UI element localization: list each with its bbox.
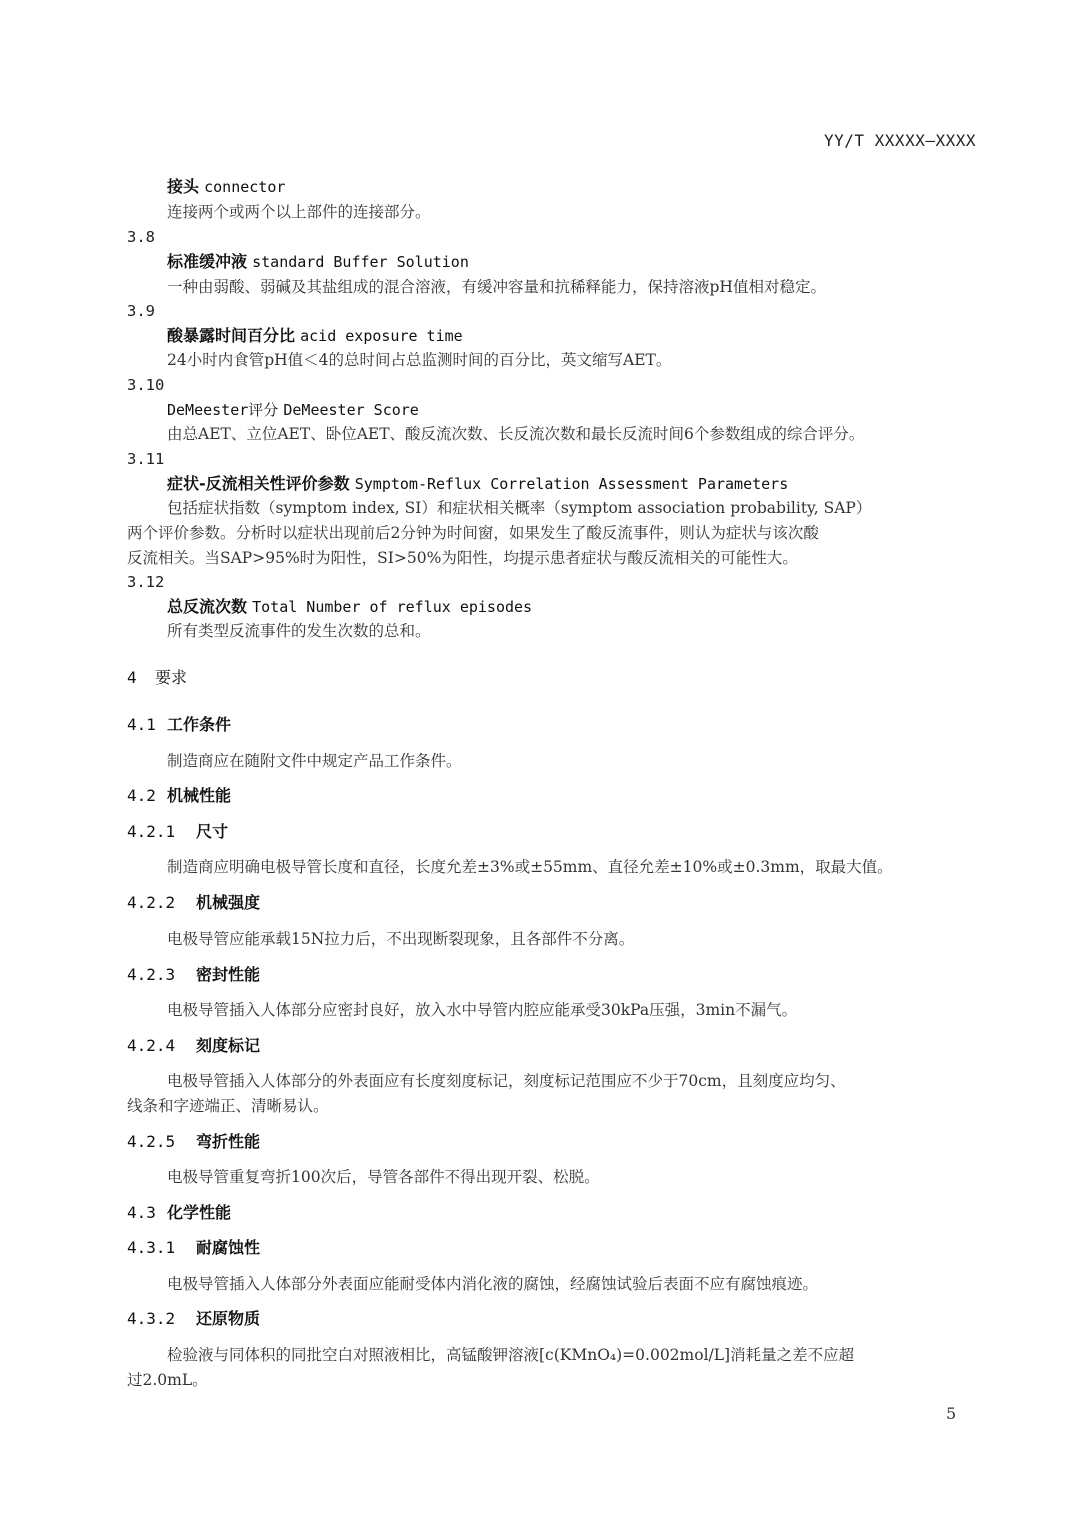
term-title: 接头 connector [167, 177, 285, 197]
term-title: 标准缓冲液 standard Buffer Solution [167, 252, 469, 272]
section-body: 过2.0mL。 [127, 1370, 208, 1390]
term-title: DeMeester评分 DeMeester Score [167, 400, 419, 420]
term-definition: 由总AET、立位AET、卧位AET、酸反流次数、长反流次数和最长反流时间6个参数… [167, 424, 864, 444]
term-definition: 两个评价参数。分析时以症状出现前后2分钟为时间窗，如果发生了酸反流事件，则认为症… [127, 523, 819, 543]
standard-code-header: YY/T XXXXX—XXXX [824, 131, 976, 150]
section-heading: 4.3化学性能 [127, 1203, 231, 1223]
term-definition: 24小时内食管pH值＜4的总时间占总监测时间的百分比，英文缩写AET。 [167, 350, 671, 370]
term-title: 酸暴露时间百分比 acid exposure time [167, 326, 463, 346]
chapter-heading: 4要求 [127, 668, 187, 688]
section-body: 制造商应明确电极导管长度和直径，长度允差±3%或±55mm、直径允差±10%或±… [167, 857, 893, 877]
term-definition: 包括症状指数（symptom index, SI）和症状相关概率（symptom… [167, 498, 871, 518]
subsection-heading: 4.2.2机械强度 [127, 893, 260, 913]
subsection-heading: 4.2.3密封性能 [127, 965, 260, 985]
term-number: 3.12 [127, 572, 164, 592]
section-body: 电极导管插入人体部分的外表面应有长度刻度标记，刻度标记范围应不少于70cm，且刻… [167, 1071, 846, 1091]
term-definition: 所有类型反流事件的发生次数的总和。 [167, 621, 431, 641]
section-heading: 4.1工作条件 [127, 715, 231, 735]
term-number: 3.11 [127, 449, 164, 469]
section-body: 电极导管应能承载15N拉力后，不出现断裂现象，且各部件不分离。 [167, 929, 634, 949]
section-body: 电极导管插入人体部分应密封良好，放入水中导管内腔应能承受30kPa压强，3min… [167, 1000, 797, 1020]
subsection-heading: 4.3.1耐腐蚀性 [127, 1238, 260, 1258]
section-body: 制造商应在随附文件中规定产品工作条件。 [167, 751, 462, 771]
subsection-heading: 4.2.1尺寸 [127, 822, 228, 842]
section-body: 线条和字迹端正、清晰易认。 [127, 1096, 329, 1116]
section-body: 检验液与同体积的同批空白对照液相比，高锰酸钾溶液[c(KMnO₄)=0.002m… [167, 1345, 854, 1365]
term-number: 3.9 [127, 301, 155, 321]
term-title: 总反流次数 Total Number of reflux episodes [167, 597, 532, 617]
subsection-heading: 4.2.4刻度标记 [127, 1036, 260, 1056]
section-heading: 4.2机械性能 [127, 786, 231, 806]
term-definition: 反流相关。当SAP>95%时为阳性，SI>50%为阳性，均提示患者症状与酸反流相… [127, 548, 798, 568]
term-definition: 连接两个或两个以上部件的连接部分。 [167, 202, 431, 222]
term-number: 3.8 [127, 227, 155, 247]
term-title: 症状-反流相关性评价参数 Symptom-Reflux Correlation … [167, 474, 788, 494]
term-definition: 一种由弱酸、弱碱及其盐组成的混合溶液，有缓冲容量和抗稀释能力，保持溶液pH值相对… [167, 277, 826, 297]
subsection-heading: 4.2.5弯折性能 [127, 1132, 260, 1152]
document-page: YY/T XXXXX—XXXX 接头 connector 连接两个或两个以上部件… [0, 0, 1080, 1527]
page-number: 5 [946, 1404, 956, 1423]
section-body: 电极导管重复弯折100次后，导管各部件不得出现开裂、松脱。 [167, 1167, 600, 1187]
subsection-heading: 4.3.2还原物质 [127, 1309, 260, 1329]
term-number: 3.10 [127, 375, 164, 395]
section-body: 电极导管插入人体部分外表面应能耐受体内消化液的腐蚀，经腐蚀试验后表面不应有腐蚀痕… [167, 1274, 818, 1294]
